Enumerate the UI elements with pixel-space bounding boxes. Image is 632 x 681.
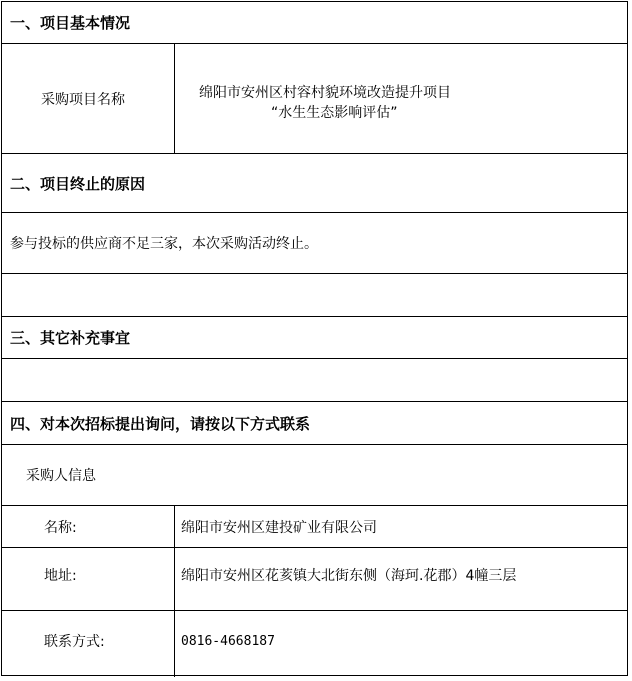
- purchaser-name-value: 绵阳市安州区建投矿业有限公司: [175, 506, 627, 547]
- section-1-header-row: 一、项目基本情况: [2, 2, 627, 44]
- section-2-title: 二、项目终止的原因: [2, 154, 627, 212]
- purchaser-contact-label: 联系方式:: [2, 611, 175, 677]
- supplementary-content-row: [2, 359, 627, 402]
- termination-reason: 参与投标的供应商不足三家，本次采购活动终止。: [2, 213, 627, 273]
- purchaser-address-label: 地址:: [2, 548, 175, 610]
- section-1-title: 一、项目基本情况: [2, 2, 627, 43]
- purchaser-address-value: 绵阳市安州区花荄镇大北街东侧（海珂.花郡）4幢三层: [175, 548, 627, 610]
- section-4-header-row: 四、对本次招标提出询问，请按以下方式联系: [2, 402, 627, 445]
- purchaser-name-label: 名称:: [2, 506, 175, 547]
- purchaser-contact-value: 0816-4668187: [175, 611, 627, 677]
- termination-notice-table: 一、项目基本情况 采购项目名称 绵阳市安州区村容村貌环境改造提升项目 “水生生态…: [1, 1, 628, 676]
- purchaser-name-row: 名称: 绵阳市安州区建投矿业有限公司: [2, 506, 627, 548]
- purchaser-contact-row: 联系方式: 0816-4668187: [2, 611, 627, 677]
- section-2-header-row: 二、项目终止的原因: [2, 154, 627, 213]
- project-name-value: 绵阳市安州区村容村貌环境改造提升项目 “水生生态影响评估”: [175, 44, 627, 153]
- project-name-row: 采购项目名称 绵阳市安州区村容村貌环境改造提升项目 “水生生态影响评估”: [2, 44, 627, 154]
- supplementary-content: [2, 359, 627, 401]
- purchaser-address-row: 地址: 绵阳市安州区花荄镇大北街东侧（海珂.花郡）4幢三层: [2, 548, 627, 611]
- section-3-header-row: 三、其它补充事宜: [2, 317, 627, 359]
- project-name-label: 采购项目名称: [2, 44, 175, 153]
- section-3-title: 三、其它补充事宜: [2, 317, 627, 358]
- purchaser-info-label: 采购人信息: [2, 445, 627, 505]
- section-4-title: 四、对本次招标提出询问，请按以下方式联系: [2, 402, 627, 444]
- project-name-line2: “水生生态影响评估”: [199, 103, 398, 123]
- purchaser-info-row: 采购人信息: [2, 445, 627, 506]
- empty-row: [2, 274, 627, 317]
- termination-reason-row: 参与投标的供应商不足三家，本次采购活动终止。: [2, 213, 627, 274]
- project-name-line1: 绵阳市安州区村容村貌环境改造提升项目: [199, 83, 451, 103]
